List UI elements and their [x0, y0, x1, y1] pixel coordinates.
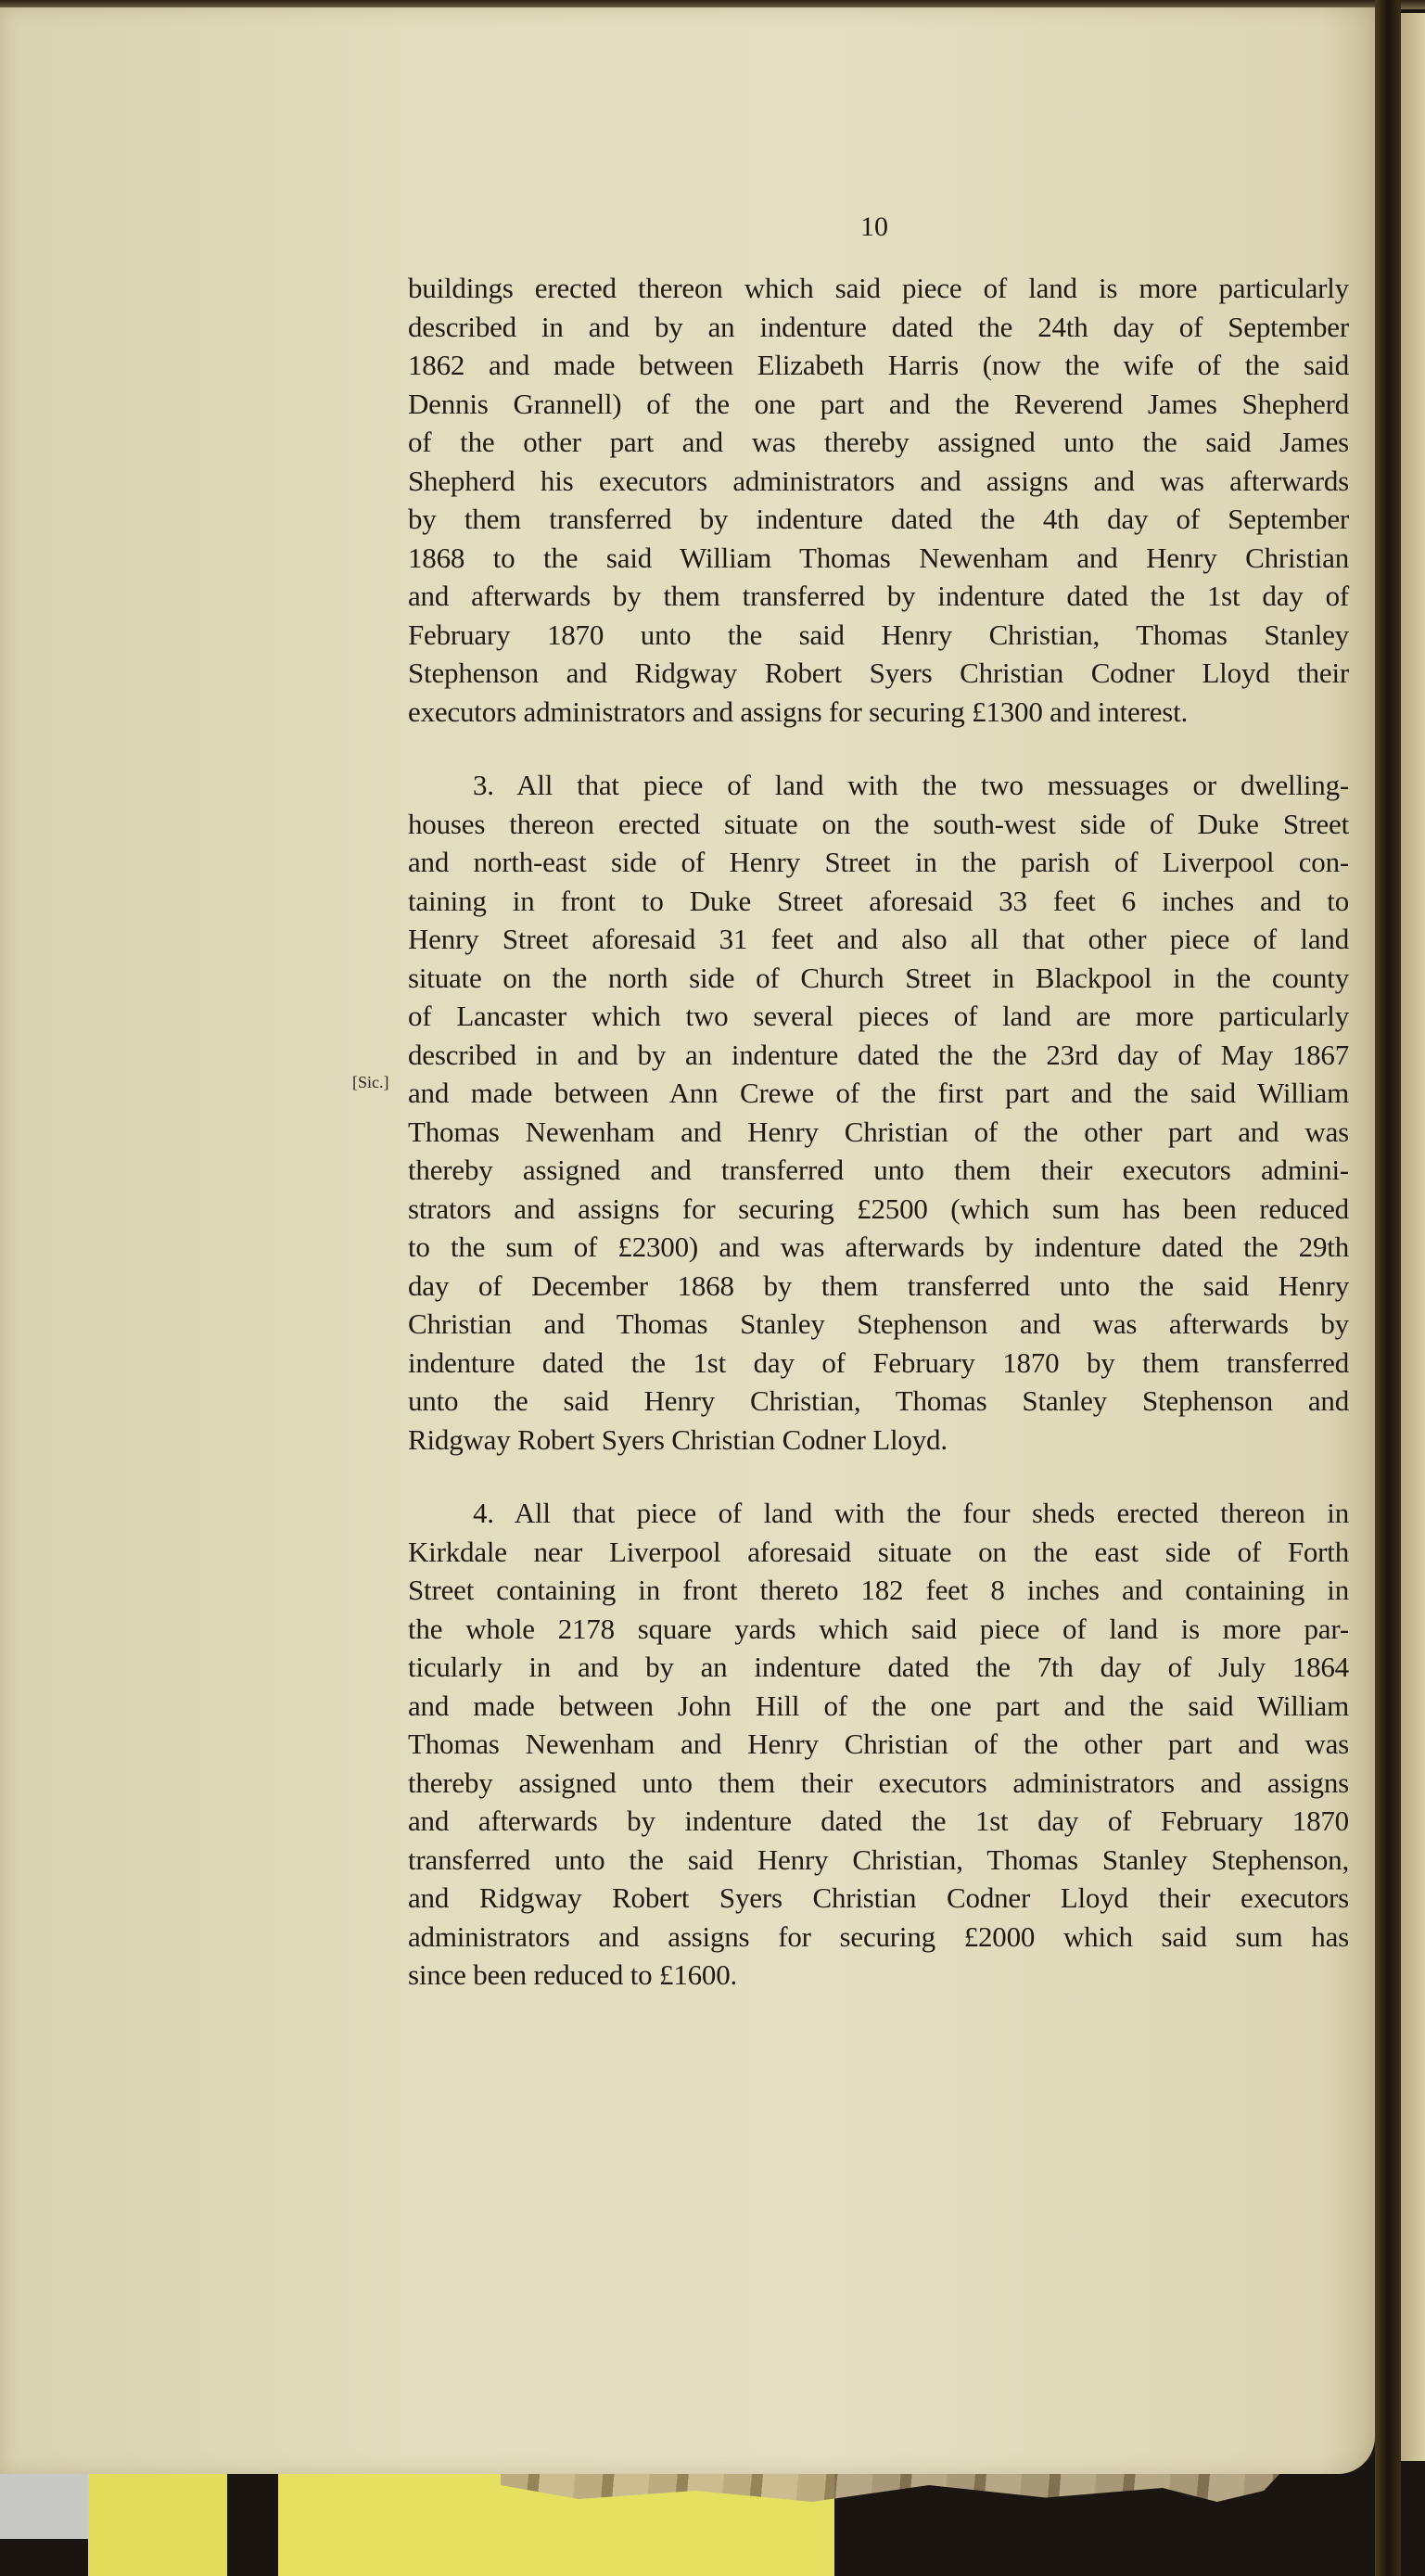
- text-line: Kirkdale near Liverpool aforesaid situat…: [408, 1533, 1349, 1572]
- text-line: buildings erected thereon which said pie…: [408, 269, 1349, 308]
- text-line: Ridgway Robert Syers Christian Codner Ll…: [408, 1421, 1349, 1460]
- text-line: and made between John Hill of the one pa…: [408, 1687, 1349, 1726]
- text-line: Shepherd his executors administrators an…: [408, 462, 1349, 501]
- text-line: and afterwards by them transferred by in…: [408, 577, 1349, 616]
- text-line: ticularly in and by an indenture dated t…: [408, 1648, 1349, 1687]
- text-line: Christian and Thomas Stanley Stephenson …: [408, 1305, 1349, 1344]
- paragraph-continued: buildings erected thereon which said pie…: [408, 269, 1349, 731]
- text-line: executors administrators and assigns for…: [408, 693, 1349, 732]
- book-gutter: [1375, 0, 1401, 2576]
- paragraph-4: 4. All that piece of land with the four …: [408, 1494, 1349, 1995]
- text-line: houses thereon erected situate on the so…: [408, 805, 1349, 844]
- text-line: indenture dated the 1st day of February …: [408, 1344, 1349, 1383]
- text-line: Stephenson and Ridgway Robert Syers Chri…: [408, 654, 1349, 693]
- facing-page-edge: [1401, 13, 1425, 2461]
- yellow-tab-left: [88, 2474, 227, 2576]
- text-line: thereby assigned and transferred unto th…: [408, 1151, 1349, 1190]
- document-body: buildings erected thereon which said pie…: [408, 269, 1349, 2030]
- text-line: 1868 to the said William Thomas Newenham…: [408, 539, 1349, 578]
- text-line: described in and by an indenture dated t…: [408, 308, 1349, 347]
- text-line: transferred unto the said Henry Christia…: [408, 1841, 1349, 1880]
- margin-note-sic: [Sic.]: [352, 1073, 389, 1092]
- text-line: strators and assigns for securing £2500 …: [408, 1190, 1349, 1229]
- text-line: Dennis Grannell) of the one part and the…: [408, 385, 1349, 424]
- text-line: described in and by an indenture dated t…: [408, 1036, 1349, 1075]
- text-line: Street containing in front thereto 182 f…: [408, 1571, 1349, 1610]
- text-line: 1862 and made between Elizabeth Harris (…: [408, 346, 1349, 385]
- text-line: February 1870 unto the said Henry Christ…: [408, 616, 1349, 655]
- text-line: Henry Street aforesaid 31 feet and also …: [408, 920, 1349, 959]
- text-line: of Lancaster which two several pieces of…: [408, 997, 1349, 1036]
- text-line: 4. All that piece of land with the four …: [408, 1494, 1349, 1533]
- text-line: of the other part and was thereby assign…: [408, 423, 1349, 462]
- page-number: 10: [860, 211, 888, 243]
- text-line: and Ridgway Robert Syers Christian Codne…: [408, 1879, 1349, 1918]
- text-line: administrators and assigns for securing …: [408, 1918, 1349, 1957]
- grey-paper-scrap: [0, 2474, 88, 2539]
- paragraph-3: 3. All that piece of land with the two m…: [408, 766, 1349, 1459]
- text-line: to the sum of £2300) and was afterwards …: [408, 1228, 1349, 1267]
- text-line: by them transferred by indenture dated t…: [408, 500, 1349, 539]
- text-line: Thomas Newenham and Henry Christian of t…: [408, 1113, 1349, 1152]
- text-line: and north-east side of Henry Street in t…: [408, 843, 1349, 882]
- text-line: thereby assigned unto them their executo…: [408, 1764, 1349, 1803]
- text-line: and afterwards by indenture dated the 1s…: [408, 1802, 1349, 1841]
- text-line: unto the said Henry Christian, Thomas St…: [408, 1382, 1349, 1421]
- text-line: the whole 2178 square yards which said p…: [408, 1610, 1349, 1649]
- text-line: situate on the north side of Church Stre…: [408, 959, 1349, 998]
- text-line: 3. All that piece of land with the two m…: [408, 766, 1349, 805]
- text-line: day of December 1868 by them transferred…: [408, 1267, 1349, 1306]
- text-line: since been reduced to £1600.: [408, 1956, 1349, 1995]
- text-line: and made between Ann Crewe of the first …: [408, 1074, 1349, 1113]
- text-line: taining in front to Duke Street aforesai…: [408, 882, 1349, 921]
- text-line: Thomas Newenham and Henry Christian of t…: [408, 1725, 1349, 1764]
